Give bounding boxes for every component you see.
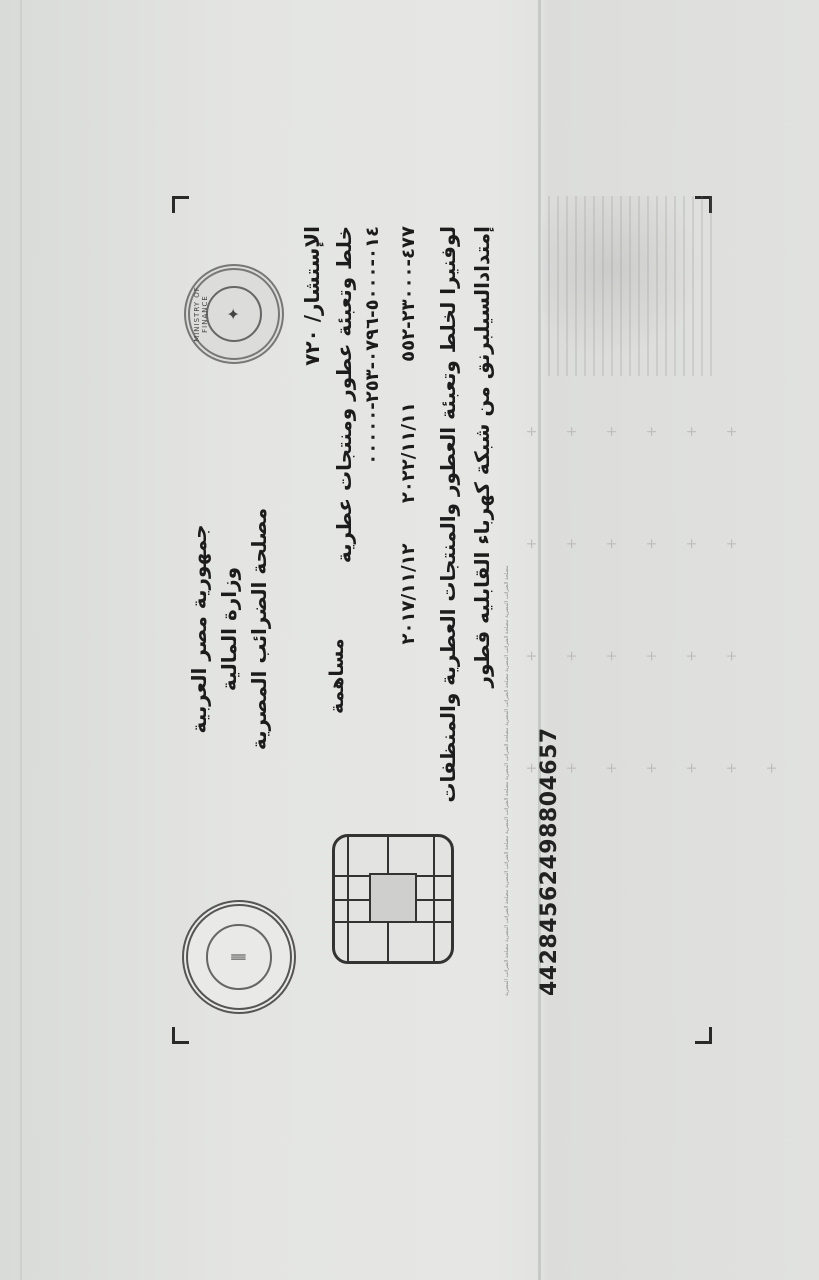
authority-name: مصلحة الضرائب المصرية bbox=[244, 464, 274, 794]
ministry-name: وزارة المالية bbox=[214, 464, 244, 794]
egypt-state-seal-icon: ⫼ bbox=[182, 900, 296, 1014]
country-name: جمهورية مصر العربية bbox=[184, 464, 214, 794]
card-header: جمهورية مصر العربية وزارة المالية مصلحة … bbox=[184, 464, 274, 794]
background-watermark bbox=[542, 196, 712, 376]
eagle-emblem-icon: ✦ bbox=[206, 286, 263, 343]
card-numbers-row: ٤٧٧-٢٣٠٠٠-٥٥٢ ٢٠٢٢/١١/١١ ٢٠١٧/١١/١٢ bbox=[398, 226, 419, 645]
tax-card: + + + + + + + + + + + + + + + + + + + + … bbox=[172, 196, 712, 1044]
paper-crease bbox=[20, 0, 22, 1280]
consultant-number: الإستشار/ ٧٢٠ bbox=[300, 226, 324, 366]
business-activity: خلط وتعبئة عطور ومنتجات عطرية bbox=[332, 226, 356, 563]
chip-core bbox=[369, 873, 417, 923]
file-number: ٤٧٧-٢٣٠٠٠-٥٥٢ bbox=[398, 226, 419, 362]
crop-mark-icon bbox=[172, 196, 189, 213]
tax-card-wrapper: + + + + + + + + + + + + + + + + + + + + … bbox=[172, 196, 712, 1044]
seal-emblem-icon: ⫼ bbox=[206, 924, 271, 989]
crop-mark-icon bbox=[172, 1027, 189, 1044]
card-serial-number: 44284562498804657 bbox=[537, 727, 562, 996]
smart-card-chip-icon bbox=[332, 834, 454, 964]
company-type: مساهمة bbox=[326, 638, 348, 714]
company-name-line: لوفنيرا لخلط وتعبئة العطور والمنتجات الع… bbox=[436, 226, 460, 803]
crop-mark-icon bbox=[695, 1027, 712, 1044]
security-microtext: مصلحة الضرائب المصرية مصلحة الضرائب المص… bbox=[504, 346, 512, 996]
expiry-date: ٢٠٢٢/١١/١١ bbox=[398, 402, 419, 503]
registration-number: ٠١٤-٥٠٠٠-٠٧٩٦-٢٥٣-٠٠٠٠٠ bbox=[362, 226, 383, 465]
address-line: إمتدادالسيلبرنق من شبكة كهرباء القابليه … bbox=[470, 226, 494, 687]
ministry-of-finance-seal-icon: MINISTRY OF FINANCE ✦ bbox=[184, 264, 284, 364]
seal-caption: MINISTRY OF FINANCE bbox=[193, 270, 209, 358]
issue-date: ٢٠١٧/١١/١٢ bbox=[398, 543, 419, 644]
security-pattern: + + + + + + + + + + + + + + + + + + + + … bbox=[512, 354, 672, 774]
